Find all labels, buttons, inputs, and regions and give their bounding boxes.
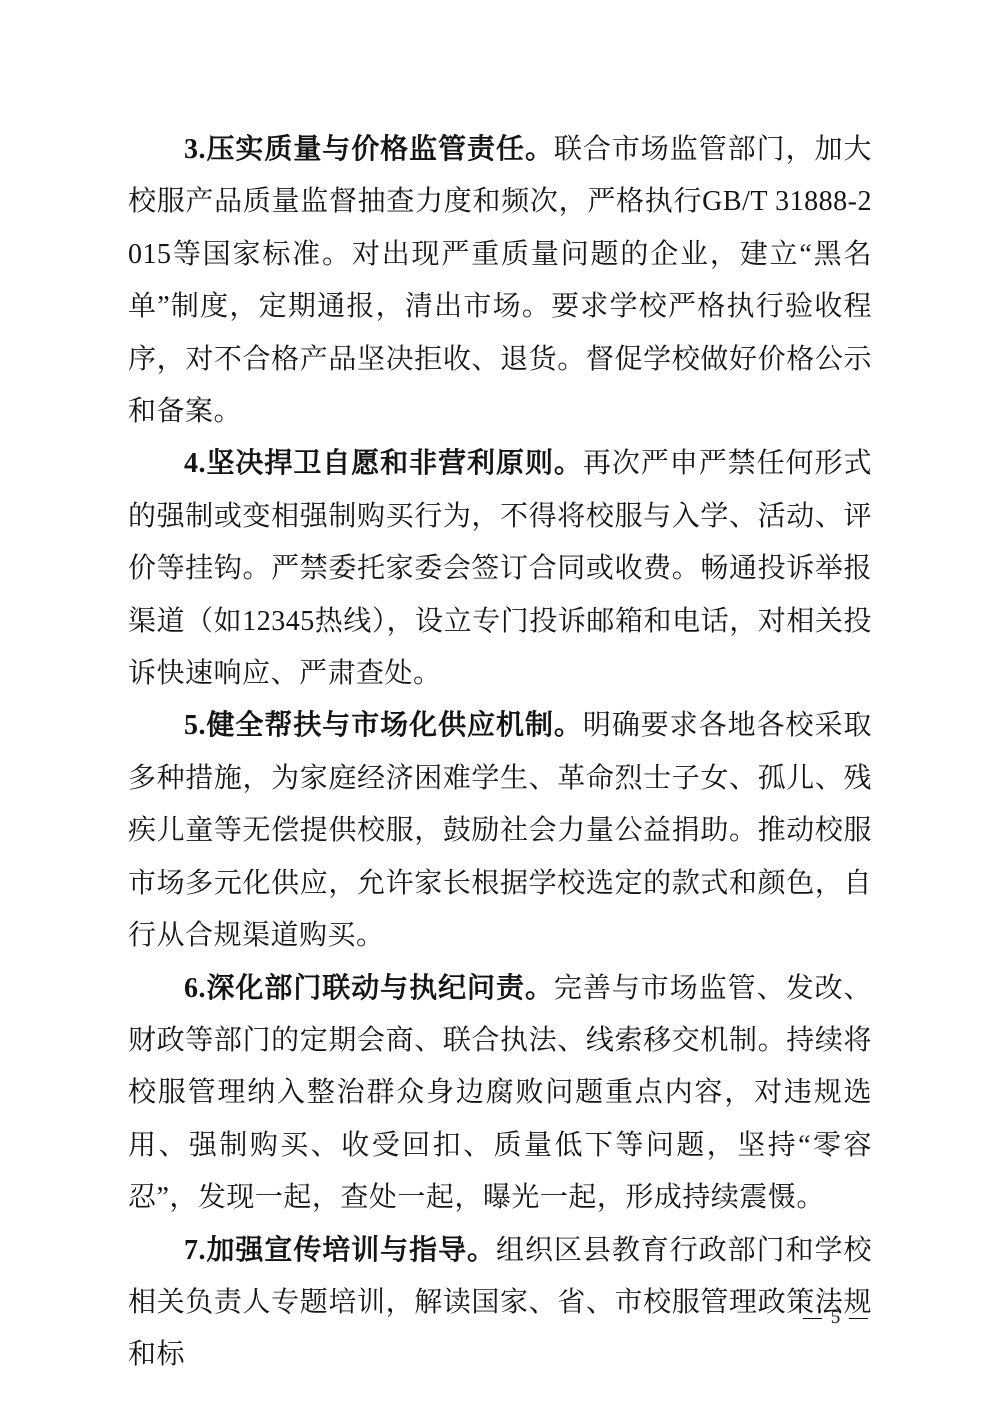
- paragraph: 4.坚决捍卫自愿和非营利原则。再次严申严禁任何形式的强制或变相强制购买行为，不得…: [128, 438, 872, 700]
- paragraph-body: 联合市场监管部门，加大校服产品质量监督抽查力度和频次，严格执行GB/T 3188…: [128, 134, 872, 427]
- document-body: 3.压实质量与价格监管责任。联合市场监管部门，加大校服产品质量监督抽查力度和频次…: [128, 124, 872, 1382]
- paragraph: 7.加强宣传培训与指导。组织区县教育行政部门和学校相关负责人专题培训，解读国家、…: [128, 1225, 872, 1382]
- paragraph: 6.深化部门联动与执纪问责。完善与市场监管、发改、财政等部门的定期会商、联合执法…: [128, 963, 872, 1225]
- paragraph-lead: 5.健全帮扶与市场化供应机制。: [184, 710, 583, 741]
- paragraph-lead: 7.加强宣传培训与指导。: [184, 1235, 496, 1266]
- paragraph: 5.健全帮扶与市场化供应机制。明确要求各地各校采取多种措施，为家庭经济困难学生、…: [128, 700, 872, 962]
- paragraph-lead: 6.深化部门联动与执纪问责。: [184, 973, 554, 1004]
- paragraph-lead: 3.压实质量与价格监管责任。: [184, 134, 554, 165]
- document-page: 3.压实质量与价格监管责任。联合市场监管部门，加大校服产品质量监督抽查力度和频次…: [0, 0, 1000, 1414]
- paragraph-body: 明确要求各地各校采取多种措施，为家庭经济困难学生、革命烈士子女、孤儿、残疾儿童等…: [128, 710, 872, 951]
- page-number: — 5 —: [803, 1306, 870, 1330]
- paragraph-lead: 4.坚决捍卫自愿和非营利原则。: [184, 448, 583, 479]
- paragraph-body: 再次严申严禁任何形式的强制或变相强制购买行为，不得将校服与入学、活动、评价等挂钩…: [128, 448, 872, 689]
- paragraph-body: 完善与市场监管、发改、财政等部门的定期会商、联合执法、线索移交机制。持续将校服管…: [128, 973, 872, 1214]
- paragraph: 3.压实质量与价格监管责任。联合市场监管部门，加大校服产品质量监督抽查力度和频次…: [128, 124, 872, 438]
